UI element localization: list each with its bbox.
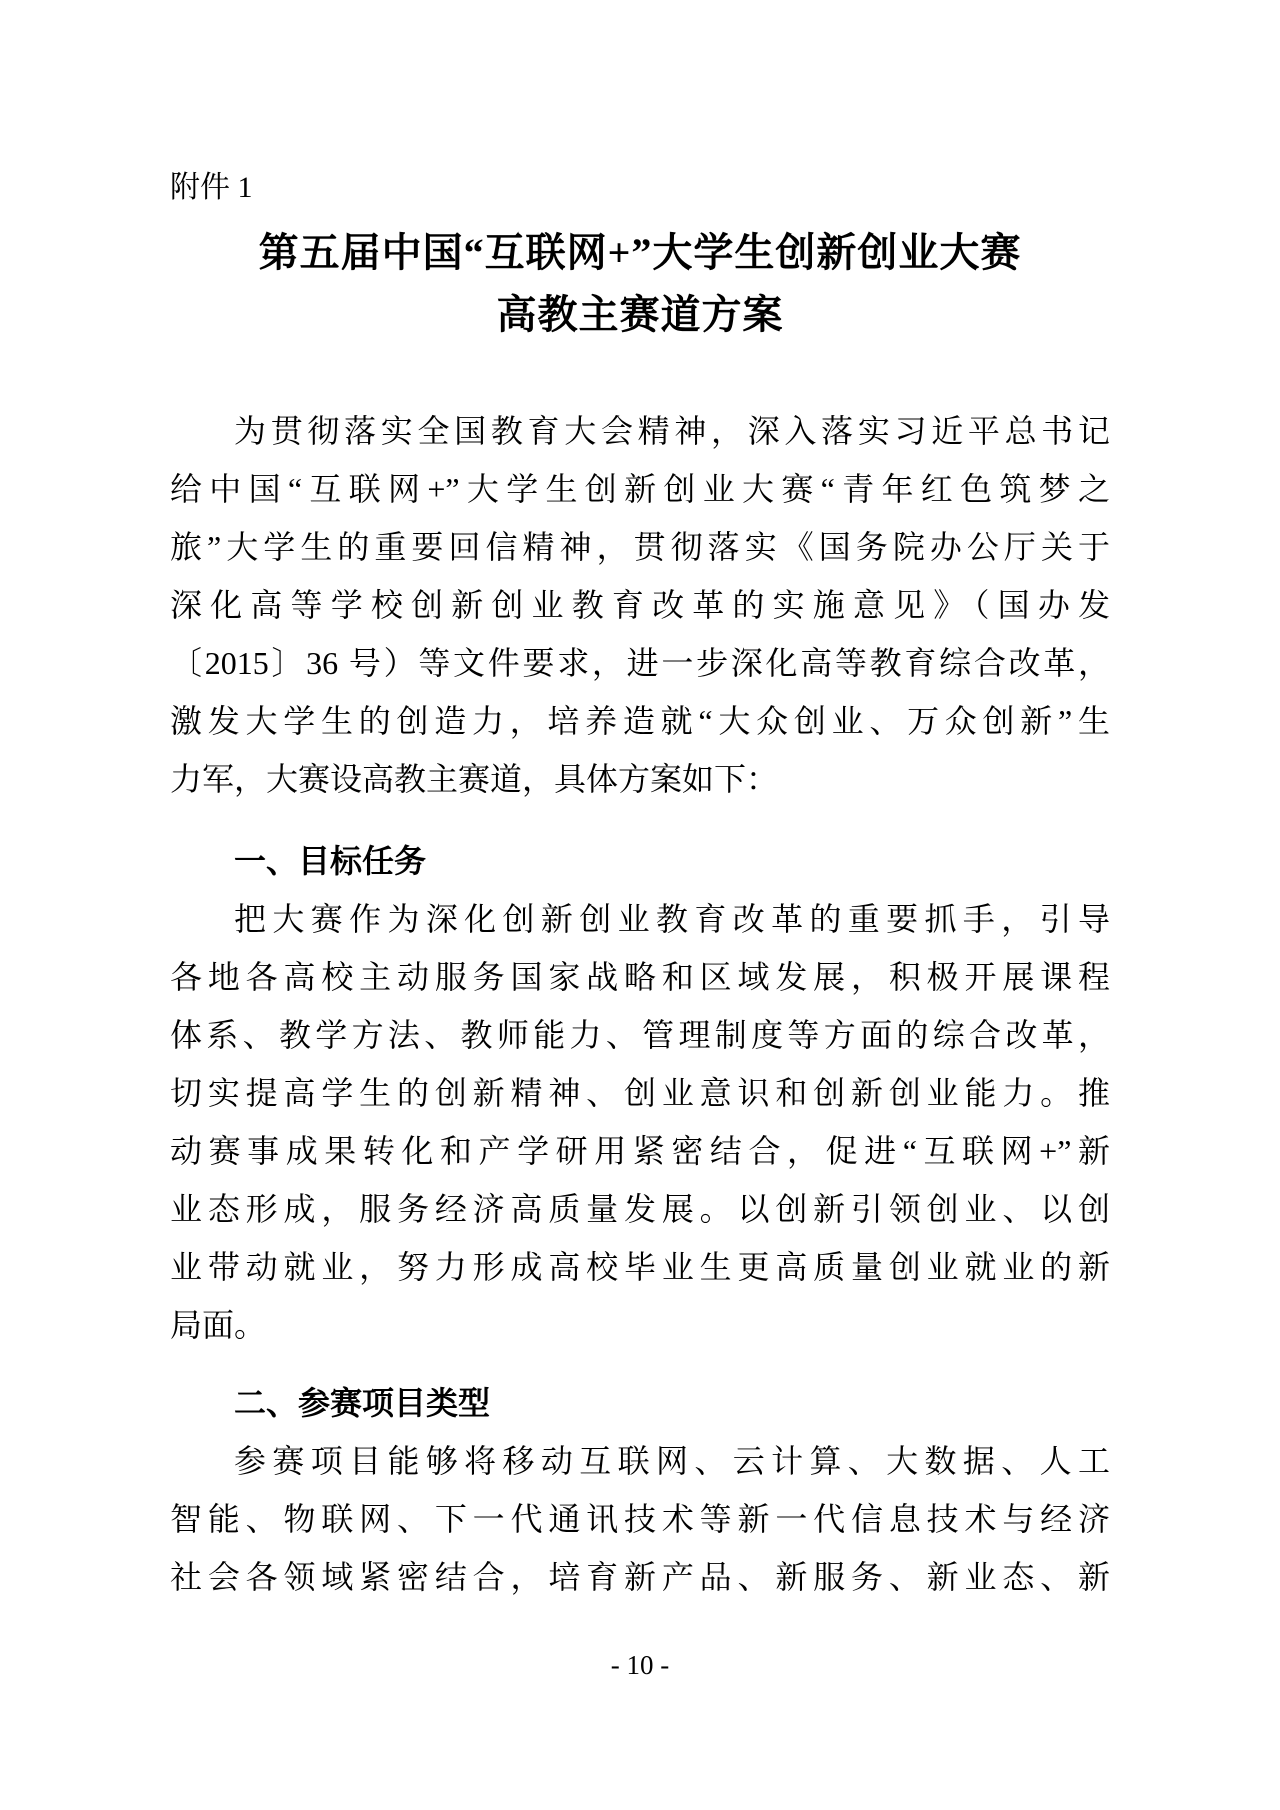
text-line: 智能、物联网、下一代通讯技术等新一代信息技术与经济	[170, 1490, 1110, 1548]
attachment-label: 附件 1	[170, 172, 1110, 204]
text-line: 激发大学生的创造力，培养造就“大众创业、万众创新”生	[170, 692, 1110, 750]
text-line: 局面。	[170, 1296, 1110, 1354]
text-line: 业带动就业，努力形成高校毕业生更高质量创业就业的新	[170, 1238, 1110, 1296]
section-2-heading: 二、参赛项目类型	[170, 1374, 1110, 1432]
section-2-paragraph: 参赛项目能够将移动互联网、云计算、大数据、人工 智能、物联网、下一代通讯技术等新…	[170, 1432, 1110, 1606]
page-number: - 10 -	[0, 1648, 1280, 1682]
text-line: 旅”大学生的重要回信精神，贯彻落实《国务院办公厅关于	[170, 518, 1110, 576]
text-line: 各地各高校主动服务国家战略和区域发展，积极开展课程	[170, 948, 1110, 1006]
section-1-heading: 一、目标任务	[170, 832, 1110, 890]
intro-paragraph: 为贯彻落实全国教育大会精神，深入落实习近平总书记 给中国“互联网+”大学生创新创…	[170, 402, 1110, 808]
section-1-paragraph: 把大赛作为深化创新创业教育改革的重要抓手，引导 各地各高校主动服务国家战略和区域…	[170, 890, 1110, 1354]
document-title-line-1: 第五届中国“互联网+”大学生创新创业大赛	[170, 222, 1110, 284]
text-line: 参赛项目能够将移动互联网、云计算、大数据、人工	[170, 1432, 1110, 1490]
text-line: 社会各领域紧密结合，培育新产品、新服务、新业态、新	[170, 1548, 1110, 1606]
text-line: 深化高等学校创新创业教育改革的实施意见》（国办发	[170, 576, 1110, 634]
text-line: 切实提高学生的创新精神、创业意识和创新创业能力。推	[170, 1064, 1110, 1122]
document-page: 附件 1 第五届中国“互联网+”大学生创新创业大赛 高教主赛道方案 为贯彻落实全…	[0, 0, 1280, 1810]
text-line: 把大赛作为深化创新创业教育改革的重要抓手，引导	[170, 890, 1110, 948]
text-line: 给中国“互联网+”大学生创新创业大赛“青年红色筑梦之	[170, 460, 1110, 518]
text-line: 动赛事成果转化和产学研用紧密结合，促进“互联网+”新	[170, 1122, 1110, 1180]
text-line: 力军，大赛设高教主赛道，具体方案如下：	[170, 750, 1110, 808]
text-line: 〔2015〕36 号）等文件要求，进一步深化高等教育综合改革，	[170, 634, 1110, 692]
text-line: 体系、教学方法、教师能力、管理制度等方面的综合改革，	[170, 1006, 1110, 1064]
document-title: 第五届中国“互联网+”大学生创新创业大赛 高教主赛道方案	[170, 222, 1110, 346]
text-line: 业态形成，服务经济高质量发展。以创新引领创业、以创	[170, 1180, 1110, 1238]
document-title-line-2: 高教主赛道方案	[170, 284, 1110, 346]
document-content: 附件 1 第五届中国“互联网+”大学生创新创业大赛 高教主赛道方案 为贯彻落实全…	[0, 0, 1280, 1606]
text-line: 为贯彻落实全国教育大会精神，深入落实习近平总书记	[170, 402, 1110, 460]
